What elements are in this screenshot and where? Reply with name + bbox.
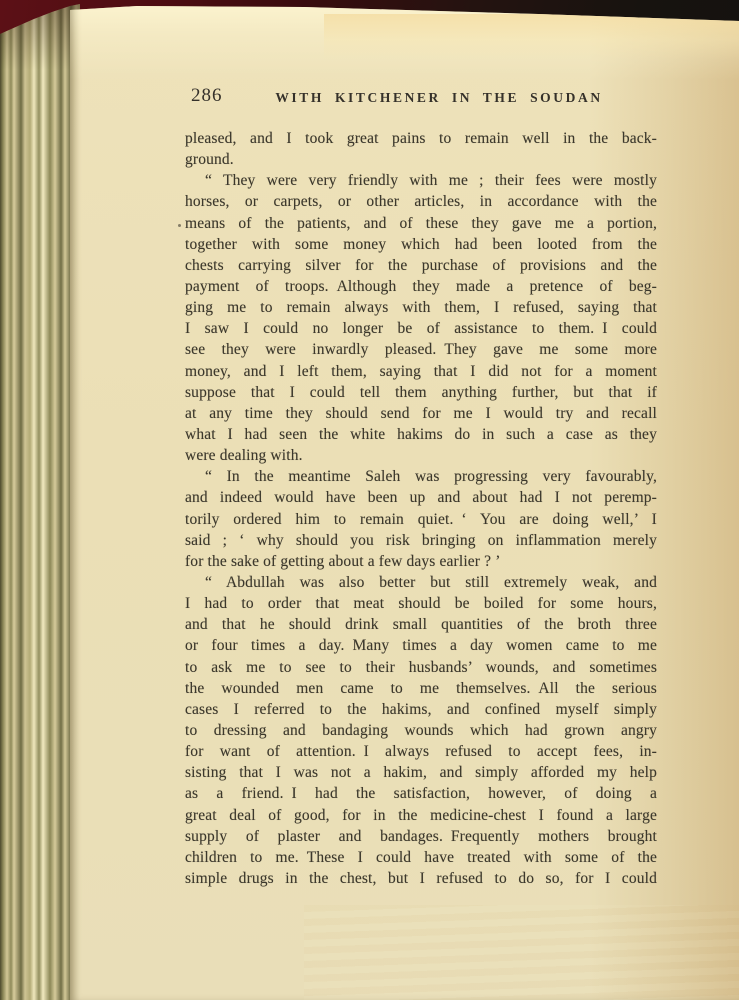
page-number: 286: [191, 86, 223, 106]
text-line: ground.: [185, 149, 657, 170]
text-line: or four times a day. Many times a day wo…: [185, 635, 657, 656]
print-speck: [178, 224, 181, 227]
text-line: together with some money which had been …: [185, 234, 657, 255]
text-line: “ They were very friendly with me ; thei…: [185, 170, 657, 191]
text-line: for the sake of getting about a few days…: [185, 551, 657, 572]
running-header-title: WITH KITCHENER IN THE SOUDAN: [275, 90, 602, 106]
text-line: ging me to remain always with them, I re…: [185, 297, 657, 318]
text-line: horses, or carpets, or other articles, i…: [185, 191, 657, 212]
text-line: cases I referred to the hakims, and conf…: [185, 699, 657, 720]
text-line: torily ordered him to remain quiet. ‘ Yo…: [185, 509, 657, 530]
text-line: to dressing and bandaging wounds which h…: [185, 720, 657, 741]
text-line: what I had seen the white hakims do in s…: [185, 424, 657, 445]
text-line: at any time they should send for me I wo…: [185, 403, 657, 424]
text-line: said ; ‘ why should you risk bringing on…: [185, 530, 657, 551]
text-line: I saw I could no longer be of assistance…: [185, 318, 657, 339]
text-line: for want of attention. I always refused …: [185, 741, 657, 762]
text-line: children to me. These I could have treat…: [185, 847, 657, 868]
text-line: means of the patients, and of these they…: [185, 213, 657, 234]
book-page-edges: [0, 0, 80, 1000]
book-photo: 286 WITH KITCHENER IN THE SOUDAN pleased…: [0, 0, 739, 1000]
text-line: as a friend. I had the satisfaction, how…: [185, 783, 657, 804]
text-line: to ask me to see to their husbands’ woun…: [185, 657, 657, 678]
text-line: payment of troops. Although they made a …: [185, 276, 657, 297]
text-line: pleased, and I took great pains to remai…: [185, 128, 657, 149]
text-line: chests carrying silver for the purchase …: [185, 255, 657, 276]
text-line: and that he should drink small quantitie…: [185, 614, 657, 635]
running-header: 286 WITH KITCHENER IN THE SOUDAN: [185, 86, 657, 108]
text-line: and indeed would have been up and about …: [185, 487, 657, 508]
page-top-highlight: [324, 14, 739, 60]
book-page: 286 WITH KITCHENER IN THE SOUDAN pleased…: [70, 0, 739, 1000]
text-line: “ In the meantime Saleh was progressing …: [185, 466, 657, 487]
text-line: “ Abdullah was also better but still ext…: [185, 572, 657, 593]
text-line: the wounded men came to me themselves. A…: [185, 678, 657, 699]
text-line: I had to order that meat should be boile…: [185, 593, 657, 614]
text-line: sisting that I was not a hakim, and simp…: [185, 762, 657, 783]
page-bottom-sheen: [304, 905, 739, 1000]
text-line: supply of plaster and bandages. Frequent…: [185, 826, 657, 847]
text-line: simple drugs in the chest, but I refused…: [185, 868, 657, 889]
body-text: pleased, and I took great pains to remai…: [185, 128, 657, 889]
text-line: money, and I left them, saying that I di…: [185, 361, 657, 382]
text-line: great deal of good, for in the medicine-…: [185, 805, 657, 826]
text-line: suppose that I could tell them anything …: [185, 382, 657, 403]
text-line: were dealing with.: [185, 445, 657, 466]
text-line: see they were inwardly pleased. They gav…: [185, 339, 657, 360]
